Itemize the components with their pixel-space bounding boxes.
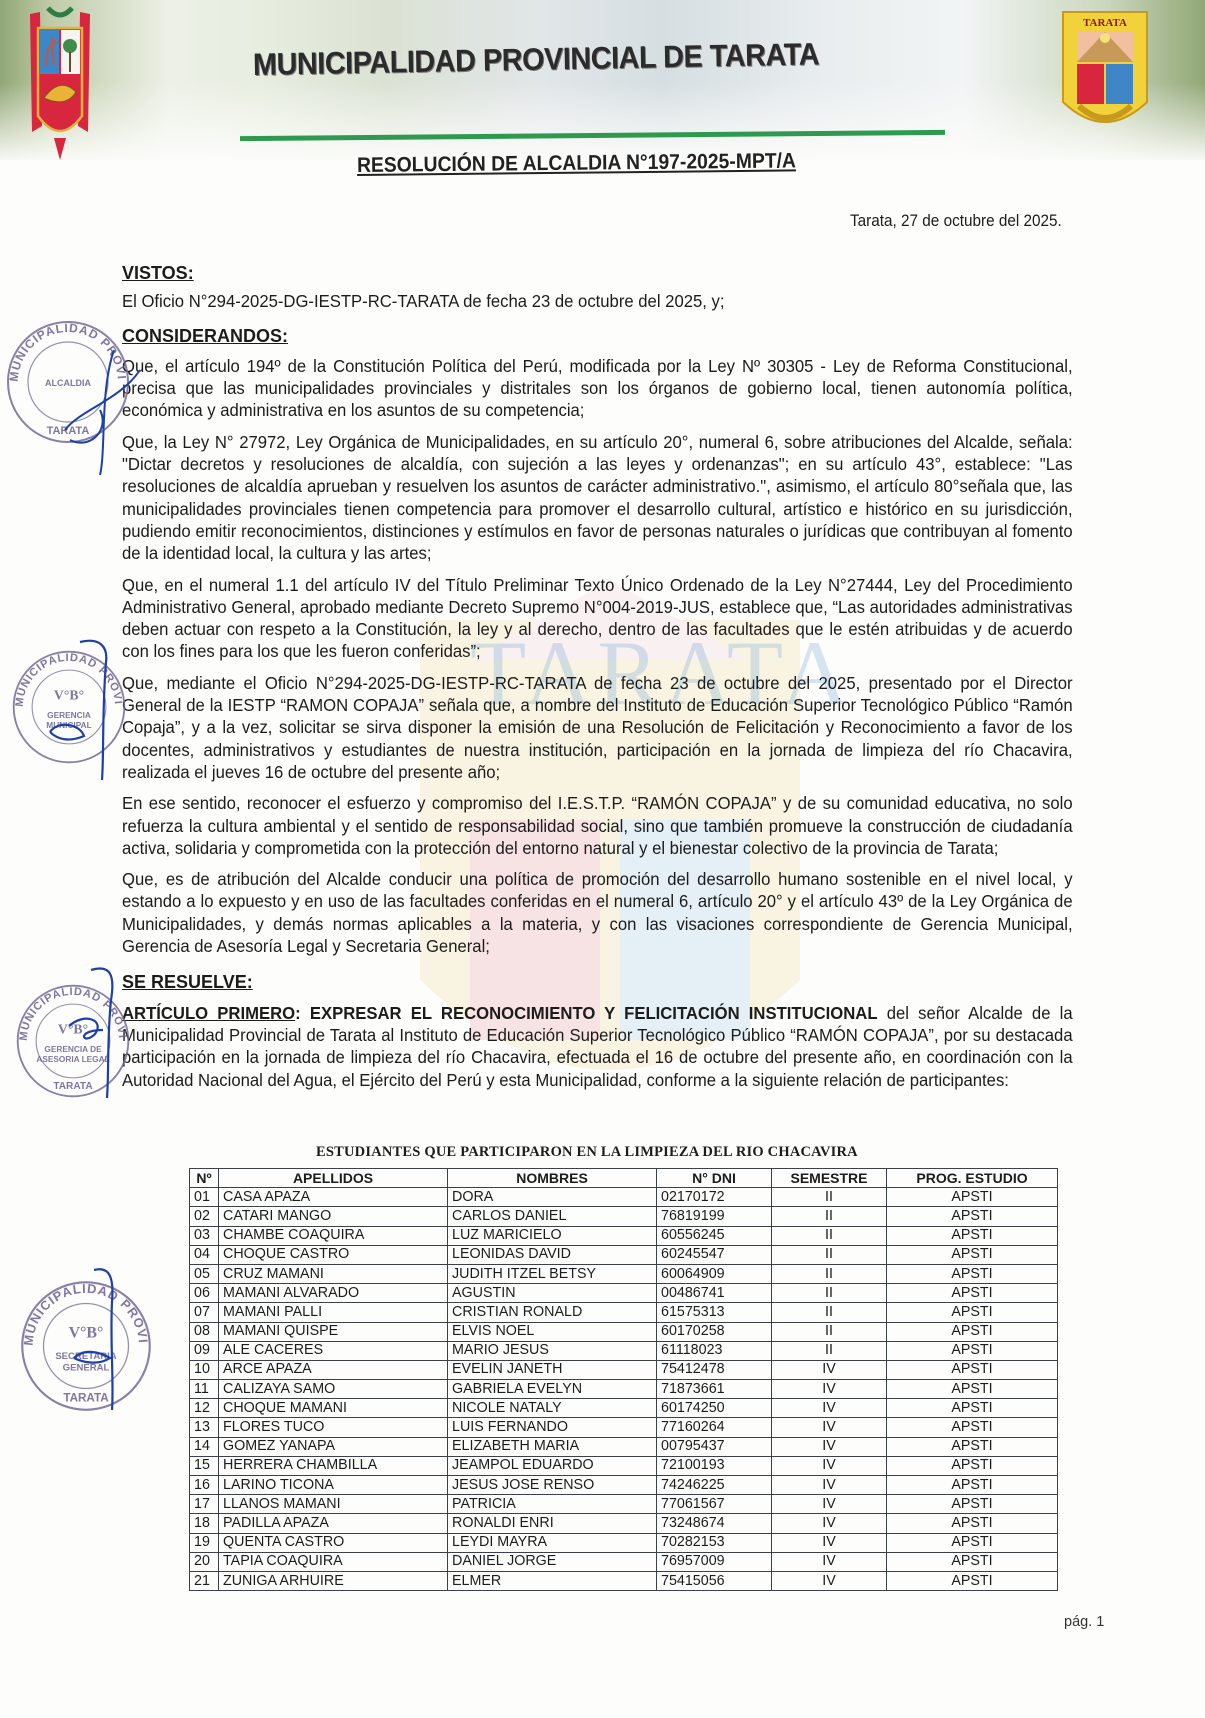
considerando-paragraph: En ese sentido, reconocer el esfuerzo y … [122,792,1073,859]
row-number: 01 [190,1188,219,1207]
row-apellidos: MAMANI ALVARADO [219,1284,448,1303]
table-row: 04CHOQUE CASTROLEONIDAS DAVID60245547IIA… [190,1245,1058,1264]
row-apellidos: MAMANI QUISPE [219,1322,448,1341]
row-number: 15 [190,1456,219,1475]
row-semestre: IV [772,1456,887,1475]
row-semestre: IV [772,1360,887,1379]
articulo-primero: ARTÍCULO PRIMERO: EXPRESAR EL RECONOCIMI… [122,1002,1073,1091]
peru-coat-of-arms-icon [26,6,94,162]
row-semestre: IV [772,1418,887,1437]
svg-text:MUNICIPALIDAD PROVINCIAL DE TA: MUNICIPALIDAD PROVINCIAL DE TARATA [4,318,129,382]
row-programa: APSTI [887,1476,1058,1495]
row-programa: APSTI [887,1303,1058,1322]
considerandos-heading: CONSIDERANDOS: [122,325,1102,347]
row-dni: 00795437 [657,1437,772,1456]
row-dni: 73248674 [657,1514,772,1533]
row-number: 21 [190,1571,219,1590]
considerando-paragraph: Que, en el numeral 1.1 del artículo IV d… [122,574,1073,663]
row-dni: 60064909 [657,1264,772,1283]
tarata-crest-icon: TARATA [1055,2,1155,142]
svg-text:ASESORIA LEGAL: ASESORIA LEGAL [36,1054,109,1064]
row-nombres: NICOLE NATALY [448,1399,657,1418]
row-number: 06 [190,1284,219,1303]
vistos-heading: VISTOS: [122,262,1102,284]
row-dni: 00486741 [657,1284,772,1303]
row-programa: APSTI [887,1264,1058,1283]
row-semestre: IV [772,1571,887,1590]
row-semestre: II [772,1284,887,1303]
students-table: Nº APELLIDOS NOMBRES N° DNI SEMESTRE PRO… [189,1168,1058,1591]
col-header-nombres: NOMBRES [448,1169,657,1188]
table-row: 19QUENTA CASTROLEYDI MAYRA70282153IVAPST… [190,1533,1058,1552]
row-number: 08 [190,1322,219,1341]
row-dni: 75415056 [657,1571,772,1590]
table-row: 16LARINO TICONAJESUS JOSE RENSO74246225I… [190,1476,1058,1495]
resolution-title: RESOLUCIÓN DE ALCALDIA N°197-2025-MPT/A [357,149,796,178]
table-row: 09ALE CACERESMARIO JESUS61118023IIAPSTI [190,1341,1058,1360]
page-number: pág. 1 [1064,1614,1104,1630]
row-apellidos: CHOQUE MAMANI [219,1399,448,1418]
row-apellidos: ZUNIGA ARHUIRE [219,1571,448,1590]
row-nombres: JESUS JOSE RENSO [448,1476,657,1495]
row-dni: 02170172 [657,1188,772,1207]
svg-text:TARATA: TARATA [1083,17,1127,29]
document-body: VISTOS: El Oficio N°294-2025-DG-IESTP-RC… [122,262,1102,1100]
row-semestre: II [772,1226,887,1245]
row-programa: APSTI [887,1341,1058,1360]
svg-text:V°B°: V°B° [54,688,84,703]
row-apellidos: LLANOS MAMANI [219,1495,448,1514]
table-row: 15HERRERA CHAMBILLAJEAMPOL EDUARDO721001… [190,1456,1058,1475]
row-semestre: II [772,1207,887,1226]
row-apellidos: TAPIA COAQUIRA [219,1552,448,1571]
row-number: 16 [190,1476,219,1495]
svg-text:V°B°: V°B° [69,1325,104,1342]
stamp-alcaldia: MUNICIPALIDAD PROVINCIAL DE TARATAALCALD… [4,318,132,446]
table-row: 14GOMEZ YANAPAELIZABETH MARIA00795437IVA… [190,1437,1058,1456]
row-apellidos: CATARI MANGO [219,1207,448,1226]
table-row: 20TAPIA COAQUIRADANIEL JORGE76957009IVAP… [190,1552,1058,1571]
row-number: 02 [190,1207,219,1226]
row-nombres: ELVIS NOEL [448,1322,657,1341]
row-dni: 60170258 [657,1322,772,1341]
considerando-paragraph: Que, la Ley N° 27972, Ley Orgánica de Mu… [122,431,1073,565]
col-header-apellidos: APELLIDOS [219,1169,448,1188]
row-apellidos: ALE CACERES [219,1341,448,1360]
row-apellidos: FLORES TUCO [219,1418,448,1437]
articulo-sep: : [295,1003,310,1023]
row-number: 19 [190,1533,219,1552]
row-dni: 60245547 [657,1245,772,1264]
row-nombres: MARIO JESUS [448,1341,657,1360]
row-dni: 60556245 [657,1226,772,1245]
row-nombres: DANIEL JORGE [448,1552,657,1571]
row-apellidos: CRUZ MAMANI [219,1264,448,1283]
row-programa: APSTI [887,1437,1058,1456]
svg-text:GERENCIA DE: GERENCIA DE [44,1044,102,1054]
row-programa: APSTI [887,1552,1058,1571]
row-semestre: II [772,1264,887,1283]
table-row: 01CASA APAZADORA02170172IIAPSTI [190,1188,1058,1207]
row-nombres: ELIZABETH MARIA [448,1437,657,1456]
row-programa: APSTI [887,1322,1058,1341]
row-number: 17 [190,1495,219,1514]
row-dni: 77061567 [657,1495,772,1514]
row-dni: 61575313 [657,1303,772,1322]
row-semestre: II [772,1188,887,1207]
row-number: 18 [190,1514,219,1533]
row-number: 13 [190,1418,219,1437]
row-nombres: ELMER [448,1571,657,1590]
table-header-row: Nº APELLIDOS NOMBRES N° DNI SEMESTRE PRO… [190,1169,1058,1188]
row-dni: 71873661 [657,1380,772,1399]
row-number: 14 [190,1437,219,1456]
table-row: 06MAMANI ALVARADOAGUSTIN00486741IIAPSTI [190,1284,1058,1303]
row-dni: 77160264 [657,1418,772,1437]
row-nombres: GABRIELA EVELYN [448,1380,657,1399]
row-programa: APSTI [887,1571,1058,1590]
vistos-text: El Oficio N°294-2025-DG-IESTP-RC-TARATA … [122,290,1073,312]
se-resuelve-heading: SE RESUELVE: [122,971,1102,993]
row-dni: 60174250 [657,1399,772,1418]
col-header-dni: N° DNI [657,1169,772,1188]
table-row: 18PADILLA APAZARONALDI ENRI73248674IVAPS… [190,1514,1058,1533]
articulo-label: ARTÍCULO PRIMERO [122,1003,295,1023]
svg-text:V°B°: V°B° [58,1022,88,1037]
row-semestre: IV [772,1552,887,1571]
row-apellidos: GOMEZ YANAPA [219,1437,448,1456]
table-row: 21ZUNIGA ARHUIREELMER75415056IVAPSTI [190,1571,1058,1590]
row-nombres: LUIS FERNANDO [448,1418,657,1437]
articulo-bold-text: EXPRESAR EL RECONOCIMIENTO Y FELICITACIÓ… [310,1003,878,1023]
col-header-semestre: SEMESTRE [772,1169,887,1188]
considerando-paragraph: Que, mediante el Oficio N°294-2025-DG-IE… [122,672,1073,783]
row-dni: 76819199 [657,1207,772,1226]
row-programa: APSTI [887,1284,1058,1303]
row-dni: 61118023 [657,1341,772,1360]
row-apellidos: CASA APAZA [219,1188,448,1207]
table-row: 12CHOQUE MAMANINICOLE NATALY60174250IVAP… [190,1399,1058,1418]
row-semestre: IV [772,1399,887,1418]
row-programa: APSTI [887,1399,1058,1418]
svg-text:SECRETARIA: SECRETARIA [55,1351,116,1362]
row-dni: 74246225 [657,1476,772,1495]
row-dni: 72100193 [657,1456,772,1475]
row-apellidos: MAMANI PALLI [219,1303,448,1322]
row-dni: 70282153 [657,1533,772,1552]
row-apellidos: CALIZAYA SAMO [219,1380,448,1399]
row-semestre: IV [772,1437,887,1456]
stamp-gerencia-municipal: MUNICIPALIDAD PROVINCIAL DE TARATAV°B°GE… [10,648,128,766]
row-nombres: LUZ MARICIELO [448,1226,657,1245]
row-semestre: IV [772,1380,887,1399]
row-programa: APSTI [887,1514,1058,1533]
students-table-body: 01CASA APAZADORA02170172IIAPSTI02CATARI … [190,1188,1058,1591]
row-number: 03 [190,1226,219,1245]
row-number: 07 [190,1303,219,1322]
table-row: 02CATARI MANGOCARLOS DANIEL76819199IIAPS… [190,1207,1058,1226]
row-programa: APSTI [887,1380,1058,1399]
row-semestre: IV [772,1514,887,1533]
table-row: 10ARCE APAZAEVELIN JANETH75412478IVAPSTI [190,1360,1058,1379]
svg-text:GENERAL: GENERAL [63,1362,110,1373]
considerando-paragraph: Que, es de atribución del Alcalde conduc… [122,868,1073,957]
row-nombres: CARLOS DANIEL [448,1207,657,1226]
row-nombres: DORA [448,1188,657,1207]
row-nombres: PATRICIA [448,1495,657,1514]
row-nombres: AGUSTIN [448,1284,657,1303]
svg-text:TARATA: TARATA [53,1081,93,1092]
table-row: 03CHAMBE COAQUIRALUZ MARICIELO60556245II… [190,1226,1058,1245]
row-number: 05 [190,1264,219,1283]
row-apellidos: CHOQUE CASTRO [219,1245,448,1264]
row-apellidos: LARINO TICONA [219,1476,448,1495]
table-row: 17LLANOS MAMANIPATRICIA77061567IVAPSTI [190,1495,1058,1514]
svg-text:MUNICIPAL: MUNICIPAL [46,720,91,730]
svg-text:TARATA: TARATA [63,1391,109,1404]
table-row: 11CALIZAYA SAMOGABRIELA EVELYN71873661IV… [190,1380,1058,1399]
row-semestre: IV [772,1476,887,1495]
row-programa: APSTI [887,1533,1058,1552]
row-semestre: II [772,1341,887,1360]
row-programa: APSTI [887,1360,1058,1379]
row-programa: APSTI [887,1245,1058,1264]
row-number: 12 [190,1399,219,1418]
row-dni: 75412478 [657,1360,772,1379]
row-apellidos: PADILLA APAZA [219,1514,448,1533]
row-nombres: LEONIDAS DAVID [448,1245,657,1264]
row-dni: 76957009 [657,1552,772,1571]
considerando-paragraph: Que, el artículo 194º de la Constitución… [122,355,1073,422]
row-apellidos: ARCE APAZA [219,1360,448,1379]
svg-text:TARATA: TARATA [47,425,90,437]
row-semestre: II [772,1303,887,1322]
row-programa: APSTI [887,1456,1058,1475]
row-number: 04 [190,1245,219,1264]
document-date: Tarata, 27 de octubre del 2025. [850,211,1062,231]
table-row: 13FLORES TUCOLUIS FERNANDO77160264IVAPST… [190,1418,1058,1437]
table-row: 05CRUZ MAMANIJUDITH ITZEL BETSY60064909I… [190,1264,1058,1283]
row-programa: APSTI [887,1188,1058,1207]
row-semestre: IV [772,1495,887,1514]
row-number: 20 [190,1552,219,1571]
row-nombres: JUDITH ITZEL BETSY [448,1264,657,1283]
row-semestre: II [772,1245,887,1264]
row-programa: APSTI [887,1418,1058,1437]
row-nombres: RONALDI ENRI [448,1514,657,1533]
row-number: 09 [190,1341,219,1360]
row-apellidos: HERRERA CHAMBILLA [219,1456,448,1475]
row-programa: APSTI [887,1495,1058,1514]
svg-text:ALCALDIA: ALCALDIA [45,378,91,388]
header-banner-fade [0,0,1205,165]
row-nombres: LEYDI MAYRA [448,1533,657,1552]
row-number: 11 [190,1380,219,1399]
svg-text:GERENCIA: GERENCIA [47,710,91,720]
stamp-secretaria-general: MUNICIPALIDAD PROVINCIAL DEV°B°SECRETARI… [18,1278,154,1414]
row-semestre: IV [772,1533,887,1552]
stamp-asesoria-legal: MUNICIPALIDAD PROVINCIALV°B°GERENCIA DEA… [14,982,132,1100]
row-number: 10 [190,1360,219,1379]
row-apellidos: CHAMBE COAQUIRA [219,1226,448,1245]
col-header-programa: PROG. ESTUDIO [887,1169,1058,1188]
row-programa: APSTI [887,1226,1058,1245]
row-nombres: EVELIN JANETH [448,1360,657,1379]
row-nombres: JEAMPOL EDUARDO [448,1456,657,1475]
table-row: 07MAMANI PALLICRISTIAN RONALD61575313IIA… [190,1303,1058,1322]
row-programa: APSTI [887,1207,1058,1226]
col-header-number: Nº [190,1169,219,1188]
table-row: 08MAMANI QUISPEELVIS NOEL60170258IIAPSTI [190,1322,1058,1341]
students-table-title: ESTUDIANTES QUE PARTICIPARON EN LA LIMPI… [316,1144,956,1161]
row-apellidos: QUENTA CASTRO [219,1533,448,1552]
row-semestre: II [772,1322,887,1341]
row-nombres: CRISTIAN RONALD [448,1303,657,1322]
